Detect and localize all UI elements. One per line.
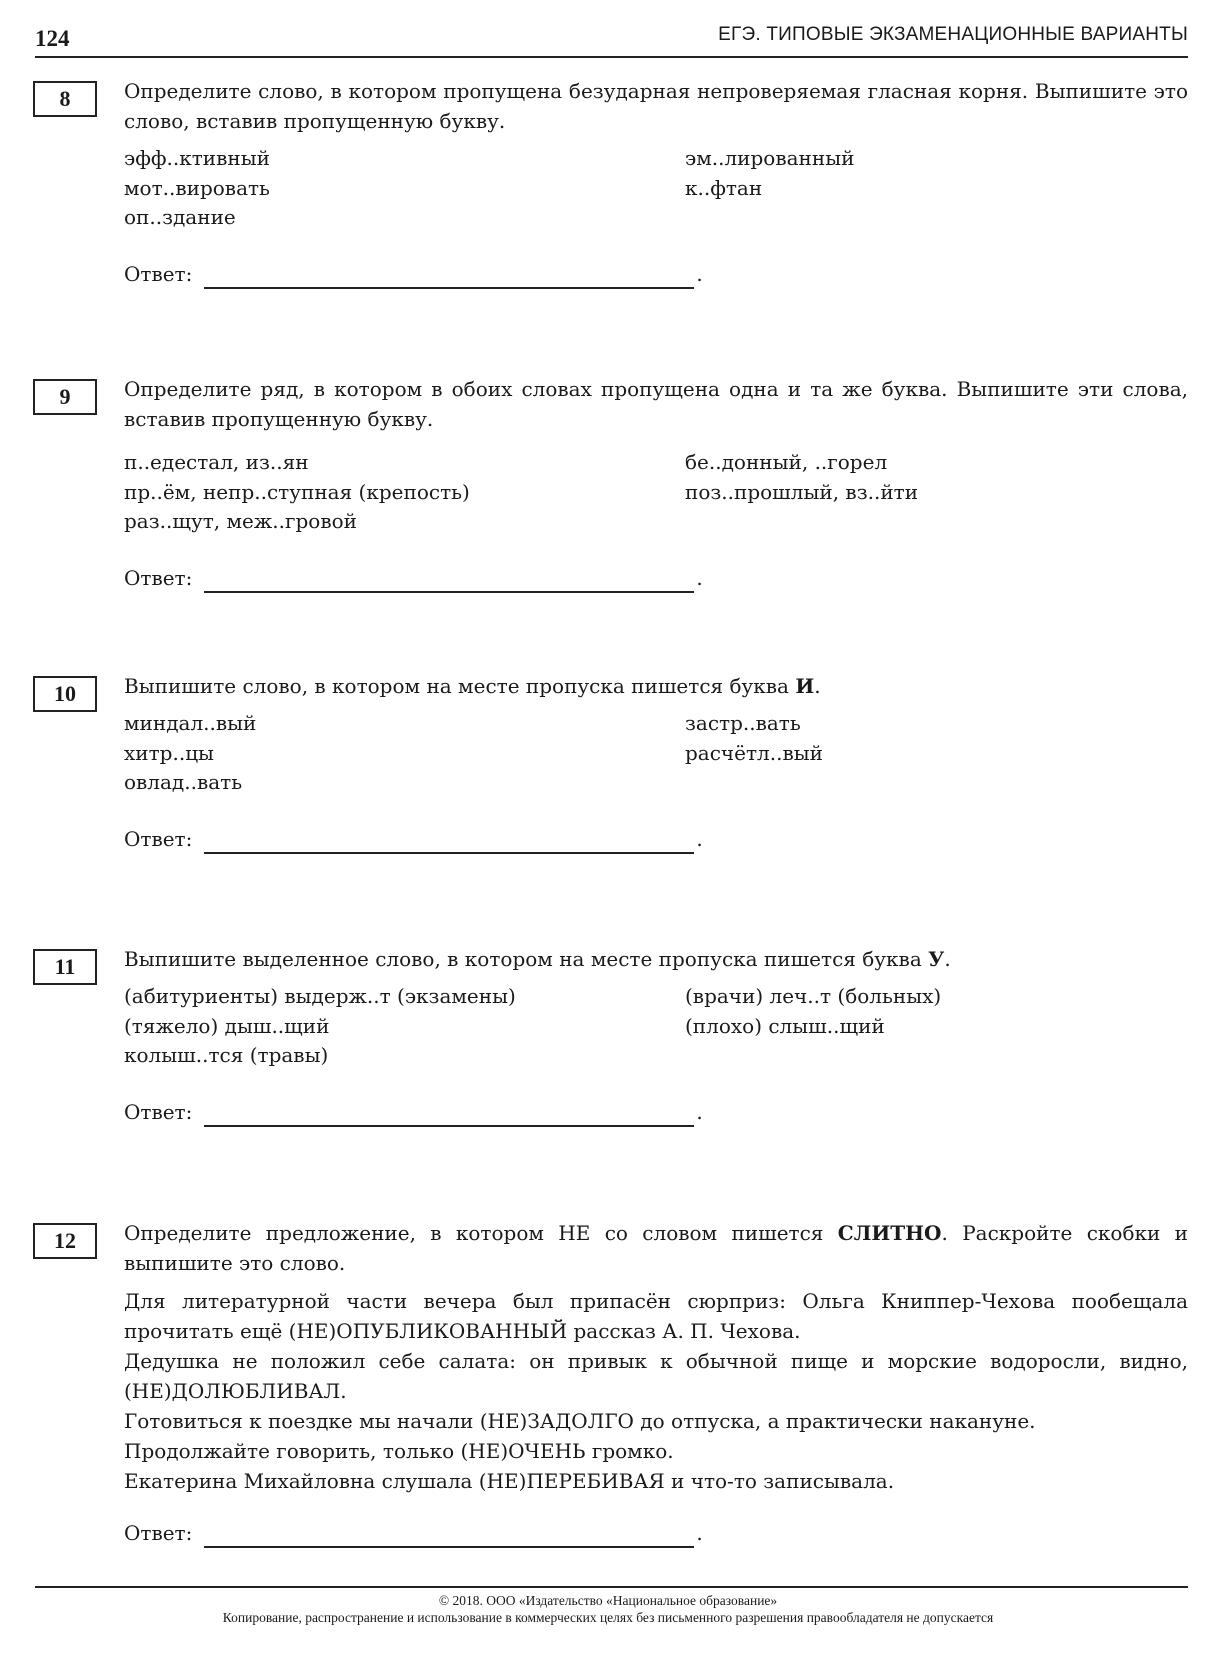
option: к..фтан [685, 174, 1188, 204]
options-grid: п..едестал, из..ян пр..ём, непр..ступная… [124, 448, 1188, 537]
sentence: Дедушка не положил себе салата: он привы… [124, 1346, 1188, 1406]
answer-field[interactable] [204, 569, 694, 593]
option: (абитуриенты) выдерж..т (экзамены) [124, 982, 685, 1012]
task-prompt: Выпишите слово, в котором на месте пропу… [124, 671, 1188, 701]
prompt-text: Выпишите слово, в котором на месте пропу… [124, 674, 795, 698]
header-divider [35, 56, 1188, 58]
task-number-box: 9 [33, 379, 97, 415]
answer-field[interactable] [204, 1103, 694, 1127]
task-number-box: 8 [33, 81, 97, 117]
footer-notice: Копирование, распространение и использов… [0, 1609, 1216, 1626]
option: бе..донный, ..горел [685, 448, 1188, 478]
answer-field[interactable] [204, 265, 694, 289]
option: п..едестал, из..ян [124, 448, 685, 478]
sentence: Продолжайте говорить, только (НЕ)ОЧЕНЬ г… [124, 1436, 1188, 1466]
footer-copyright: © 2018. ООО «Издательство «Национальное … [0, 1592, 1216, 1609]
sentence: Для литературной части вечера был припас… [124, 1286, 1188, 1346]
option: (врачи) леч..т (больных) [685, 982, 1188, 1012]
option: миндал..вый [124, 709, 685, 739]
prompt-emphasis: И [795, 674, 814, 698]
options-grid: эфф..ктивный мот..вировать оп..здание эм… [124, 144, 1188, 233]
answer-field[interactable] [204, 1524, 694, 1548]
answer-period: . [696, 1518, 702, 1548]
option: застр..вать [685, 709, 1188, 739]
answer-period: . [696, 1097, 702, 1127]
answer-period: . [696, 824, 702, 854]
answer-label: Ответ: [124, 824, 192, 854]
answer-period: . [696, 259, 702, 289]
answer-row: Ответ: . [124, 1518, 1188, 1548]
option: хитр..цы [124, 739, 685, 769]
task-prompt: Определите ряд, в котором в обоих словах… [124, 374, 1188, 434]
answer-row: Ответ: . [124, 563, 1188, 593]
task-prompt: Определите слово, в котором пропущена бе… [124, 76, 1188, 136]
option: эм..лированный [685, 144, 1188, 174]
running-title: ЕГЭ. ТИПОВЫЕ ЭКЗАМЕНАЦИОННЫЕ ВАРИАНТЫ [718, 24, 1188, 46]
answer-label: Ответ: [124, 1097, 192, 1127]
option: (тяжело) дыш..щий [124, 1012, 685, 1042]
sentence: Готовиться к поездке мы начали (НЕ)ЗАДОЛ… [124, 1406, 1188, 1436]
prompt-emphasis: У [928, 947, 944, 971]
answer-field[interactable] [204, 830, 694, 854]
answer-row: Ответ: . [124, 259, 1188, 289]
answer-row: Ответ: . [124, 824, 1188, 854]
option: мот..вировать [124, 174, 685, 204]
page-number: 124 [35, 26, 70, 52]
prompt-end: . [814, 674, 820, 698]
option: (плохо) слыш..щий [685, 1012, 1188, 1042]
answer-label: Ответ: [124, 259, 192, 289]
task-number-box: 12 [33, 1223, 97, 1259]
sentence: Екатерина Михайловна слушала (НЕ)ПЕРЕБИВ… [124, 1466, 1188, 1496]
footer-divider [35, 1586, 1188, 1588]
task-number-box: 10 [33, 676, 97, 712]
footer: © 2018. ООО «Издательство «Национальное … [0, 1592, 1216, 1626]
option: раз..щут, меж..гровой [124, 507, 685, 537]
option: расчётл..вый [685, 739, 1188, 769]
option: пр..ём, непр..ступная (крепость) [124, 478, 685, 508]
option: колыш..тся (травы) [124, 1041, 685, 1071]
prompt-end: . [944, 947, 950, 971]
options-grid: миндал..вый хитр..цы овлад..вать застр..… [124, 709, 1188, 798]
answer-row: Ответ: . [124, 1097, 1188, 1127]
prompt-text: Определите предложение, в котором НЕ со … [124, 1221, 838, 1245]
task-prompt: Определите предложение, в котором НЕ со … [124, 1218, 1188, 1278]
sentence-list: Для литературной части вечера был припас… [124, 1286, 1188, 1496]
prompt-emphasis: СЛИТНО [838, 1221, 942, 1245]
answer-period: . [696, 563, 702, 593]
option: поз..прошлый, вз..йти [685, 478, 1188, 508]
answer-label: Ответ: [124, 563, 192, 593]
task-prompt: Выпишите выделенное слово, в котором на … [124, 944, 1188, 974]
task-number-box: 11 [33, 949, 97, 985]
option: эфф..ктивный [124, 144, 685, 174]
answer-label: Ответ: [124, 1518, 192, 1548]
options-grid: (абитуриенты) выдерж..т (экзамены) (тяже… [124, 982, 1188, 1071]
option: овлад..вать [124, 768, 685, 798]
option: оп..здание [124, 203, 685, 233]
prompt-text: Выпишите выделенное слово, в котором на … [124, 947, 928, 971]
